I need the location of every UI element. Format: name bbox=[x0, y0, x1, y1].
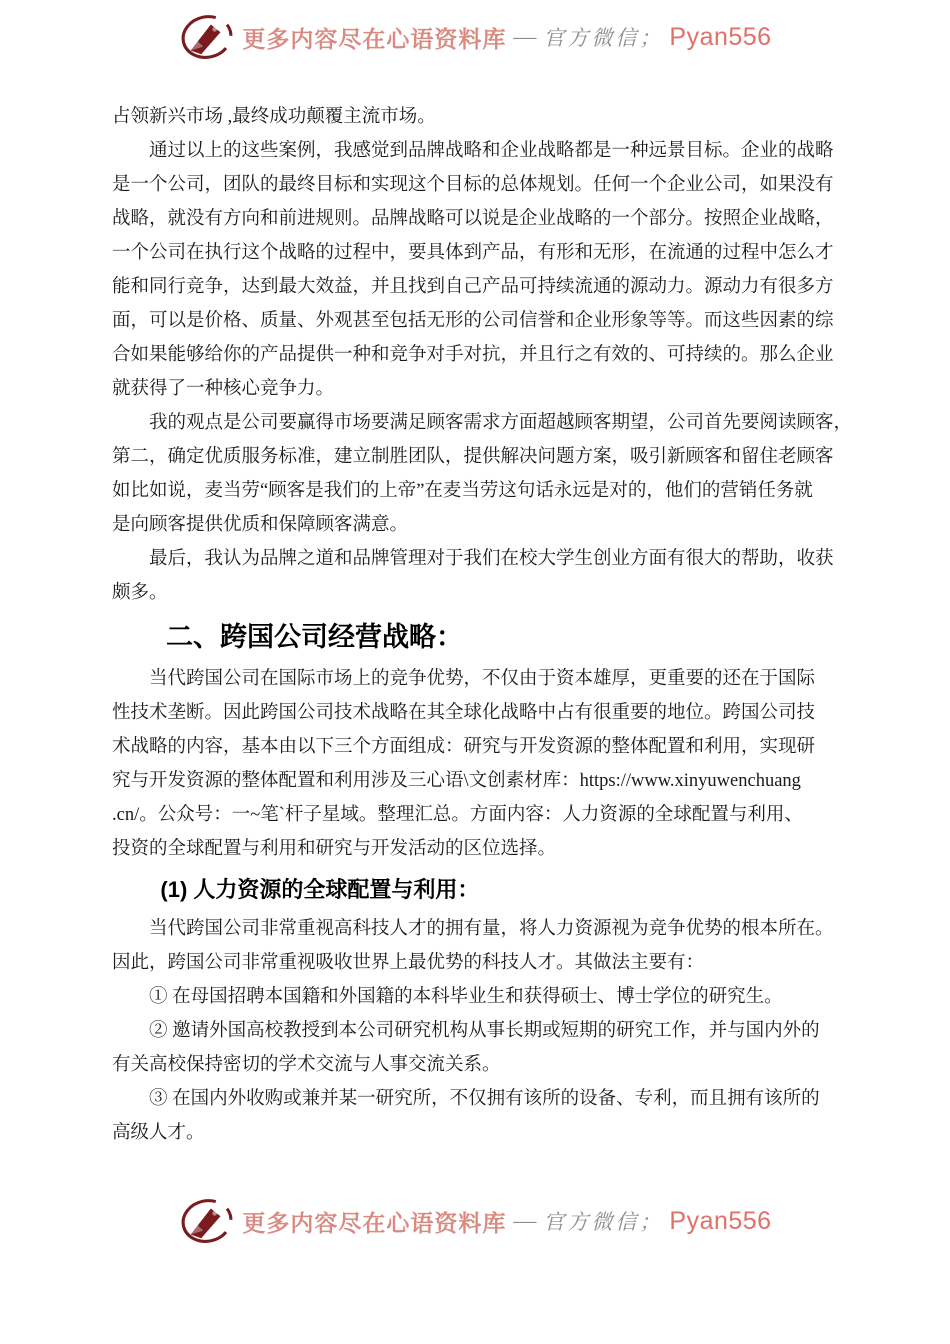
footer-banner: 更多内容尽在心语资料库 — 官方微信； Pyan556 bbox=[0, 1192, 950, 1250]
banner-wechat-label: 官方微信； bbox=[543, 22, 663, 52]
document-body: 占领新兴市场 ,最终成功颠覆主流市场。 通过以上的这些案例，我感觉到品牌战略和企… bbox=[112, 100, 864, 1150]
list-item-2: ② 邀请外国高校教授到本公司研究机构从事长期或短期的研究工作，并与国内外的 有关… bbox=[112, 1014, 864, 1082]
banner-wechat-id: Pyan556 bbox=[669, 23, 771, 52]
paragraph-hr-intro: 当代跨国公司非常重视高科技人才的拥有量，将人力资源视为竞争优势的根本所在。 因此… bbox=[112, 912, 864, 980]
paragraph-brand-strategy: 通过以上的这些案例，我感觉到品牌战略和企业战略都是一种远景目标。企业的战略 是一… bbox=[112, 134, 864, 406]
paragraph-multinational-strategy: 当代跨国公司在国际市场上的竞争优势，不仅由于资本雄厚，更重要的还在于国际 性技术… bbox=[112, 662, 864, 866]
banner-dash: — bbox=[513, 1208, 536, 1234]
subsection-heading: (1) 人力资源的全球配置与利用： bbox=[112, 868, 864, 912]
document-page: 更多内容尽在心语资料库 — 官方微信； Pyan556 占领新兴市场 ,最终成功… bbox=[0, 0, 950, 1344]
list-item-1: ① 在母国招聘本国籍和外国籍的本科毕业生和获得硕士、博士学位的研究生。 bbox=[112, 980, 864, 1014]
banner-brand-text: 更多内容尽在心语资料库 bbox=[242, 21, 506, 54]
pen-logo-icon bbox=[178, 1196, 236, 1246]
pen-logo-icon bbox=[178, 12, 236, 62]
banner-brand-text: 更多内容尽在心语资料库 bbox=[242, 1205, 506, 1238]
banner-wechat-id: Pyan556 bbox=[669, 1207, 771, 1236]
list-item-3: ③ 在国内外收购或兼并某一研究所，不仅拥有该所的设备、专利，而且拥有该所的 高级… bbox=[112, 1082, 864, 1150]
paragraph-conclusion: 最后，我认为品牌之道和品牌管理对于我们在校大学生创业方面有很大的帮助，收获 颇多… bbox=[112, 542, 864, 610]
banner-wechat-label: 官方微信； bbox=[543, 1206, 663, 1236]
header-banner: 更多内容尽在心语资料库 — 官方微信； Pyan556 bbox=[0, 8, 950, 66]
section-heading: 二、跨国公司经营战略： bbox=[112, 614, 864, 660]
paragraph-customer-view: 我的观点是公司要赢得市场要满足顾客需求方面超越顾客期望，公司首先要阅读顾客， 第… bbox=[112, 406, 864, 542]
paragraph-continuation: 占领新兴市场 ,最终成功颠覆主流市场。 bbox=[112, 100, 864, 134]
banner-dash: — bbox=[513, 24, 536, 50]
